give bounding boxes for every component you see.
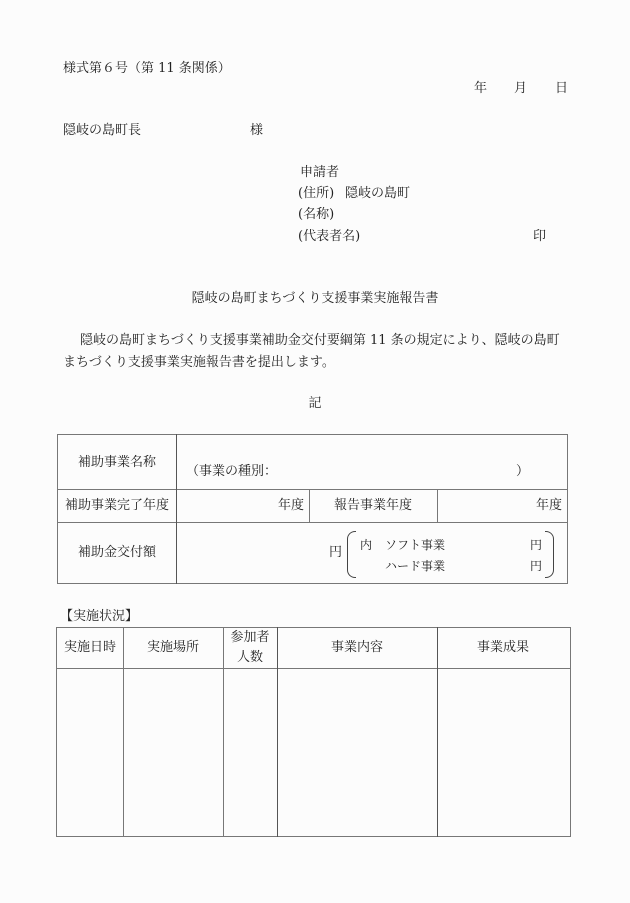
representative-label: (代表者名) — [298, 230, 360, 243]
grant-amount-label: 補助金交付額 — [78, 546, 156, 559]
right-bracket — [545, 531, 554, 578]
hard-project-label: ハード事業 — [385, 560, 445, 572]
completion-year-suffix: 年度 — [278, 499, 304, 512]
body-line-1: 隠岐の島町まちづくり支援事業補助金交付要綱第 11 条の規定により、隠岐の島町 — [80, 334, 560, 347]
hard-project-yen: 円 — [530, 560, 542, 572]
implementation-participants-cell[interactable] — [224, 669, 277, 836]
applicant-heading: 申請者 — [300, 166, 339, 179]
breakdown-prefix: 内 — [360, 539, 372, 551]
col-location: 実施場所 — [147, 641, 199, 654]
grant-amount-yen: 円 — [329, 546, 342, 559]
completion-year-label: 補助事業完了年度 — [65, 499, 169, 512]
address-label: (住所) — [298, 187, 334, 200]
seal-mark: 印 — [533, 230, 546, 243]
col-date: 実施日時 — [64, 641, 116, 654]
project-type-prefix: （事業の種別： — [186, 465, 277, 478]
address-value: 隠岐の島町 — [345, 187, 410, 200]
implementation-date-cell[interactable] — [57, 669, 123, 836]
date-year: 年 — [474, 82, 487, 95]
col-content: 事業内容 — [331, 641, 383, 654]
report-year-label: 報告事業年度 — [334, 499, 412, 512]
form-number: 様式第６号（第 11 条関係） — [63, 62, 231, 75]
addressee: 隠岐の島町長 — [63, 124, 141, 137]
col-participants-line1: 参加者 — [230, 631, 269, 644]
report-year-suffix: 年度 — [536, 499, 562, 512]
ki-mark: 記 — [308, 397, 321, 410]
soft-project-yen: 円 — [530, 539, 542, 551]
soft-project-label: ソフト事業 — [385, 539, 445, 551]
col-results: 事業成果 — [477, 641, 529, 654]
left-bracket — [347, 531, 356, 578]
date-month: 月 — [514, 82, 527, 95]
body-line-2: まちづくり支援事業実施報告書を提出します。 — [63, 356, 335, 369]
name-label: (名称) — [298, 208, 334, 221]
honorific: 様 — [250, 124, 263, 137]
implementation-location-cell[interactable] — [124, 669, 223, 836]
implementation-results-cell[interactable] — [438, 669, 570, 836]
document-title: 隠岐の島町まちづくり支援事業実施報告書 — [192, 292, 439, 305]
project-type-suffix: ） — [516, 465, 529, 478]
project-name-label: 補助事業名称 — [78, 456, 156, 469]
implementation-content-cell[interactable] — [278, 669, 437, 836]
date-day: 日 — [555, 82, 568, 95]
col-participants-line2: 人数 — [237, 651, 263, 664]
implementation-heading: 【実施状況】 — [60, 610, 138, 623]
